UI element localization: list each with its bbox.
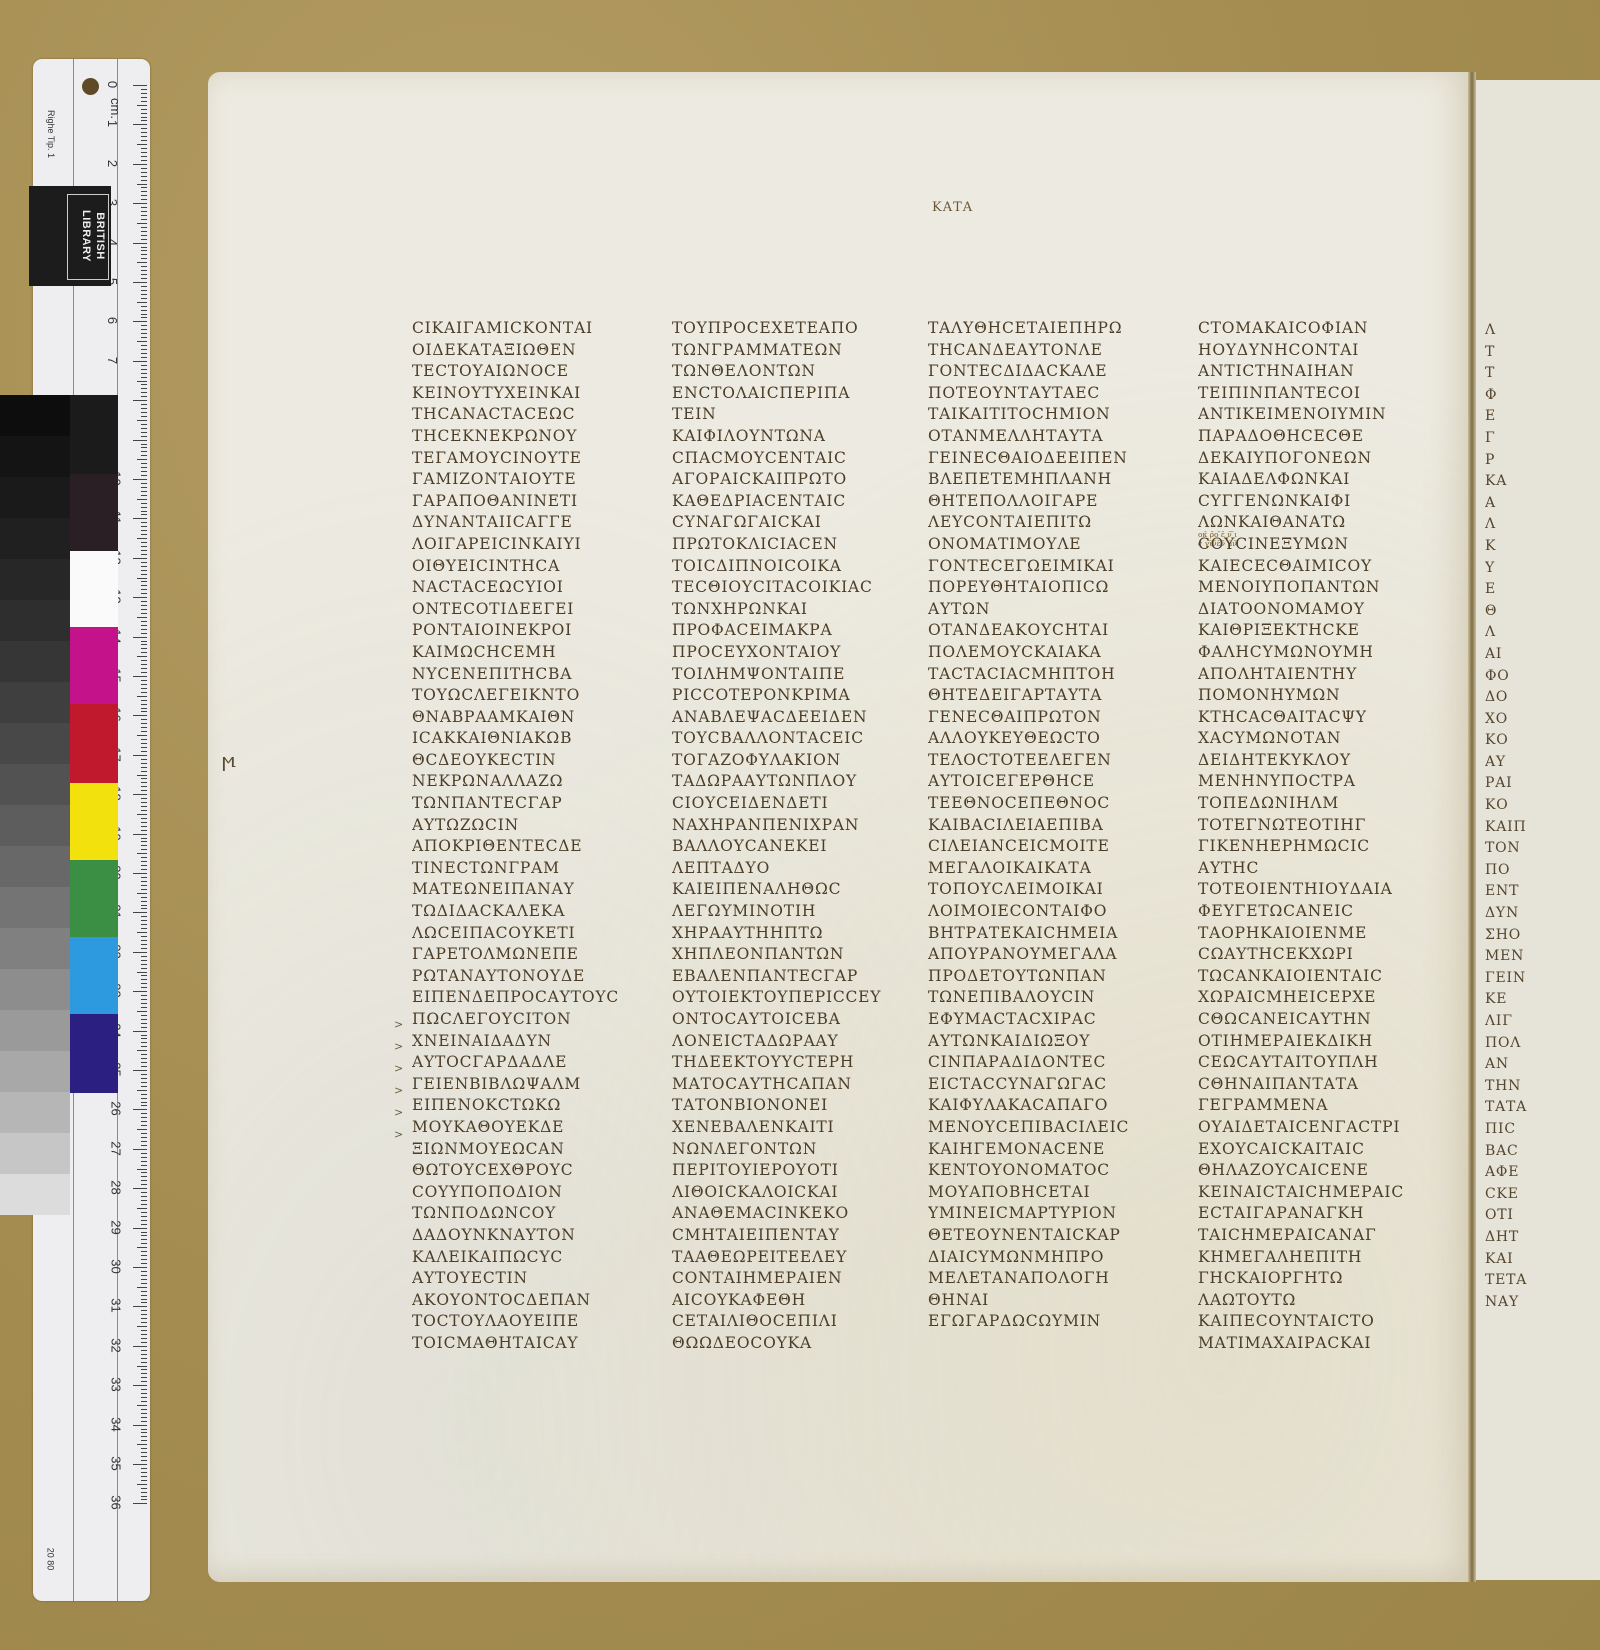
text-line: ΚΑΙΕΙΠΕΝΑΛΗΘΩϹ — [672, 879, 922, 901]
ruler-tick — [141, 109, 147, 110]
ruler-tick — [141, 771, 147, 772]
ruler-tick — [141, 1334, 147, 1335]
ruler-tick — [141, 507, 147, 508]
greyscale-step — [0, 559, 70, 600]
text-line: ΑΥΤΟΙϹΕΓΕΡΘΗϹΕ — [928, 771, 1178, 793]
text-line: ΗΟΥΔΥΝΗϹΟΝΤΑΙ — [1198, 340, 1448, 362]
ruler-tick — [141, 924, 147, 925]
ruler-tick — [141, 294, 147, 295]
ruler-tick — [137, 1287, 147, 1288]
text-line: ΧΩΡΑΙϹΜΗΕΙϹΕΡΧΕ — [1198, 987, 1448, 1009]
text-fragment: ΠΟΛ — [1485, 1033, 1595, 1055]
ruler-tick — [141, 140, 147, 141]
ruler-tick — [141, 668, 147, 669]
ruler-tick — [141, 491, 147, 492]
ruler-tick — [137, 578, 147, 579]
ruler-tick — [133, 124, 147, 125]
text-line: ΤΩΝΠΑΝΤΕϹΓΑΡ — [412, 793, 662, 815]
text-line: ΓΟΝΤΕϹΔΙΔΑϹΚΑΛΕ — [928, 361, 1178, 383]
ruler-tick — [141, 239, 147, 240]
ruler-tick — [141, 798, 147, 799]
text-line: ΒΛΕΠΕΤΕΜΗΠΛΑΝΗ — [928, 469, 1178, 491]
text-fragment: ΕΝΤ — [1485, 881, 1595, 903]
ruler-tick — [133, 440, 147, 441]
diple-mark: > — [394, 1084, 403, 1097]
ruler-tick — [141, 471, 147, 472]
ruler-tick — [141, 845, 147, 846]
ruler-tick — [141, 1322, 147, 1323]
ruler-tick — [141, 128, 147, 129]
ruler-tick — [133, 400, 147, 401]
text-line: ΕΓΩΓΑΡΔΩϹΩΥΜΙΝ — [928, 1311, 1178, 1333]
greyscale-chart — [0, 395, 70, 1215]
text-line: ΑΠΟΛΗΤΑΙΕΝΤΗΥ — [1198, 664, 1448, 686]
text-fragment: ΓΕΙΝ — [1485, 968, 1595, 990]
text-line: ϹΤΟΜΑΚΑΙϹΟΦΙΑΝ — [1198, 318, 1448, 340]
ruler-tick — [133, 952, 147, 953]
ruler-tick — [141, 136, 147, 137]
ruler-tick — [133, 637, 147, 638]
text-line: ΦΑΛΗϹΥΜΩΝΟΥΜΗ — [1198, 642, 1448, 664]
text-line: ΜΑΤΟϹΑΥΤΗϹΑΠΑΝ — [672, 1074, 922, 1096]
ruler-tick — [141, 353, 147, 354]
text-line: ϹΥΝΑΓΩΓΑΙϹΚΑΙ — [672, 512, 922, 534]
ruler-cm-label: 35 — [109, 1456, 124, 1470]
ruler-cm-label: 32 — [109, 1338, 124, 1352]
text-fragment: ΚΑΙΠ — [1485, 817, 1595, 839]
ruler-tick — [141, 751, 147, 752]
text-line: ΛΙΘΟΙϹΚΑΛΟΙϹΚΑΙ — [672, 1182, 922, 1204]
text-fragment: ΚΕ — [1485, 989, 1595, 1011]
ruler-tick — [133, 1503, 147, 1504]
ruler-tick — [141, 1472, 147, 1473]
ruler-tick — [141, 1302, 147, 1303]
text-fragment: Τ — [1485, 363, 1595, 385]
text-line: ΛΟΝΕΙϹΤΑΔΩΡΑΑΥ — [672, 1031, 922, 1053]
text-line: ΜΟΥΑΠΟΒΗϹΕΤΑΙ — [928, 1182, 1178, 1204]
ruler-tick — [141, 704, 147, 705]
ruler-tick — [141, 1042, 147, 1043]
text-line: ΔΕΙΔΗΤΕΚΥΚΛΟΥ — [1198, 750, 1448, 772]
ruler-tick — [141, 172, 147, 173]
ruler-tick — [141, 1295, 147, 1296]
ruler-tick — [141, 329, 147, 330]
ruler-tick — [141, 633, 147, 634]
ruler-tick — [141, 1389, 147, 1390]
ruler-tick — [141, 1125, 147, 1126]
ruler-tick — [141, 503, 147, 504]
ruler-tick — [141, 1062, 147, 1063]
ruler-tick — [141, 514, 147, 515]
ruler-tick — [141, 920, 147, 921]
greyscale-step — [0, 969, 70, 1010]
ruler-tick — [141, 278, 147, 279]
ruler-tick — [141, 550, 147, 551]
ruler-tick — [141, 1354, 147, 1355]
ruler-tick — [141, 325, 147, 326]
ruler-tick — [141, 1369, 147, 1370]
ruler-cm-label: 33 — [109, 1377, 124, 1391]
text-line: ΤΕϹΤΟΥΑΙΩΝΟϹΕ — [412, 361, 662, 383]
ruler-tick — [141, 763, 147, 764]
ruler-tick — [137, 1169, 147, 1170]
ruler-tick — [137, 105, 147, 106]
text-line: ΤΑΛΥΘΗϹΕΤΑΙΕΠΗΡΩ — [928, 318, 1178, 340]
text-line: ΝΕΚΡΩΝΑΛΛΑΖΩ — [412, 771, 662, 793]
text-line: ΚΑΙΑΔΕΛΦΩΝΚΑΙ — [1198, 469, 1448, 491]
text-line: ΑΙϹΟΥΚΑΦΕΘΗ — [672, 1290, 922, 1312]
text-line: ΤΩΔΙΔΑϹΚΑΛΕΚΑ — [412, 901, 662, 923]
binding-gutter — [1468, 72, 1476, 1582]
ruler-tick — [141, 1397, 147, 1398]
ruler-tick — [141, 680, 147, 681]
ruler-tick — [141, 975, 147, 976]
text-line: ΤΟΥϹΒΑΛΛΟΝΤΑϹΕΙϹ — [672, 728, 922, 750]
text-fragment: Ε — [1485, 406, 1595, 428]
text-line: ΤΑΤΟΝΒΙΟΝΟΝΕΙ — [672, 1095, 922, 1117]
text-line: ΚΕΝΤΟΥΟΝΟΜΑΤΟϹ — [928, 1160, 1178, 1182]
text-line: ΘΗΝΑΙ — [928, 1290, 1178, 1312]
ruler-tick — [137, 144, 147, 145]
text-fragment: Ρ — [1485, 450, 1595, 472]
ruler-cm-label: 31 — [109, 1299, 124, 1313]
text-line: ΧΗΡΑΑΥΤΗΗΠΤΩ — [672, 923, 922, 945]
text-line: ΓΕΓΡΑΜΜΕΝΑ — [1198, 1095, 1448, 1117]
text-line: ΑΝΑΒΛΕΨΑϹΔΕΕΙΔΕΝ — [672, 707, 922, 729]
text-line: ΓΑΜΙΖΟΝΤΑΙΟΥΤΕ — [412, 469, 662, 491]
ruler-tick — [141, 432, 147, 433]
ruler-tick — [141, 1409, 147, 1410]
text-line: ΛΑΩΤΟΥΤΩ — [1198, 1290, 1448, 1312]
text-line: ΔΑΔΟΥΝΚΝΑΥΤΟΝ — [412, 1225, 662, 1247]
ruler-cm-label: 7 — [105, 357, 120, 364]
text-line: ΚΕΙΝΑΙϹΤΑΙϹΗΜΕΡΑΙϹ — [1198, 1182, 1448, 1204]
ruler-tick — [141, 1342, 147, 1343]
ruler-cm-label: 34 — [109, 1417, 124, 1431]
ruler-tick — [141, 345, 147, 346]
ruler-tick — [141, 542, 147, 543]
greyscale-step — [0, 1133, 70, 1174]
ruler-tick — [137, 262, 147, 263]
ruler-tick — [141, 1027, 147, 1028]
text-fragment: ΑΙ — [1485, 644, 1595, 666]
ruler-tick — [141, 168, 147, 169]
text-line: ΑΥΤΩΝ — [928, 599, 1178, 621]
ruler-cm-label: 6 — [105, 317, 120, 324]
ruler-tick — [141, 270, 147, 271]
ruler-tick — [137, 893, 147, 894]
ruler-tick — [141, 641, 147, 642]
greyscale-step — [0, 600, 70, 641]
ruler-tick — [141, 574, 147, 575]
text-line: ϹΟΝΤΑΙΗΜΕΡΑΙΕΝ — [672, 1268, 922, 1290]
ruler-tick — [141, 1204, 147, 1205]
ruler-tick — [141, 526, 147, 527]
ruler-tick — [141, 593, 147, 594]
ruler-tick — [141, 1468, 147, 1469]
text-line: ΚΑΙΦΥΛΑΚΑϹΑΠΑΓΟ — [928, 1095, 1178, 1117]
ruler-tick — [141, 215, 147, 216]
ruler-tick — [137, 341, 147, 342]
text-line: ΤΑΔΩΡΑΑΥΤΩΝΠΛΟΥ — [672, 771, 922, 793]
text-fragment: ΚΑΙ — [1485, 1249, 1595, 1271]
ruler-tick — [141, 566, 147, 567]
ruler-tick — [141, 1035, 147, 1036]
ruler-tick — [137, 1247, 147, 1248]
ruler-tick — [141, 365, 147, 366]
text-line: ΛΟΙΓΑΡΕΙϹΙΝΚΑΙΥΙ — [412, 534, 662, 556]
color-patch-red — [70, 704, 118, 783]
ruler-tick — [141, 247, 147, 248]
text-fragment: ΚΟ — [1485, 795, 1595, 817]
text-line: ΤΑΑΘΕΩΡΕΙΤΕΕΛΕΥ — [672, 1247, 922, 1269]
text-line: ΑΠΟΚΡΙΘΕΝΤΕϹΔΕ — [412, 836, 662, 858]
text-line: ΡΟΝΤΑΙΟΙΝΕΚΡΟΙ — [412, 620, 662, 642]
ruler-tick — [141, 1141, 147, 1142]
ruler-tick — [141, 156, 147, 157]
text-fragment: ΝΑΥ — [1485, 1292, 1595, 1314]
text-fragment: ΔΗΤ — [1485, 1227, 1595, 1249]
text-line: ΓΙΚΕΝΗΕΡΗΜΩϹΙϹ — [1198, 836, 1448, 858]
ruler-tick — [141, 1476, 147, 1477]
text-line: ΟΥΑΙΔΕΤΑΙϹΕΝΓΑϹΤΡΙ — [1198, 1117, 1448, 1139]
ruler-tick — [133, 676, 147, 677]
ruler-tick — [141, 956, 147, 957]
text-line: ΕΝϹΤΟΛΑΙϹΠΕΡΙΠΑ — [672, 383, 922, 405]
ruler-tick — [141, 1082, 147, 1083]
text-line: ΝΑϹΤΑϹΕΩϹΥΙΟΙ — [412, 577, 662, 599]
text-fragment: ΟΤΙ — [1485, 1205, 1595, 1227]
text-line: ΚΑΙΒΑϹΙΛΕΙΑΕΠΙΒΑ — [928, 815, 1178, 837]
ruler-tick — [141, 89, 147, 90]
ruler-tick — [133, 518, 147, 519]
ruler-tick — [133, 85, 147, 86]
text-line: ΤΟΙΛΗΜΨΟΝΤΑΙΠΕ — [672, 664, 922, 686]
ruler-tick — [141, 905, 147, 906]
text-line: ΕΙΠΕΝΟΚϹΤΩΚΩ — [412, 1095, 662, 1117]
ruler-tick — [141, 692, 147, 693]
text-line: ΜΕΓΑΛΟΙΚΑΙΚΑΤΑ — [928, 858, 1178, 880]
ruler-tick — [141, 1086, 147, 1087]
ruler-tick — [141, 120, 147, 121]
ruler-tick — [141, 1460, 147, 1461]
text-line: ΕϹΤΑΙΓΑΡΑΝΑΓΚΗ — [1198, 1203, 1448, 1225]
text-line: ΘΗΤΕΠΟΛΛΟΙΓΑΡΕ — [928, 491, 1178, 513]
text-line: ΛΩΝΚΑΙΘΑΝΑΤΩ — [1198, 512, 1448, 534]
ruler-tick — [137, 853, 147, 854]
ruler-tick — [133, 991, 147, 992]
ruler-tick — [133, 1070, 147, 1071]
text-line: ΤΟΥΠΡΟϹΕΧΕΤΕΑΠΟ — [672, 318, 922, 340]
ruler-tick — [133, 361, 147, 362]
text-line: ΤΩΝΠΟΔΩΝϹΟΥ — [412, 1203, 662, 1225]
text-line: ΧΕΝΕΒΑΛΕΝΚΑΙΤΙ — [672, 1117, 922, 1139]
text-fragment: Α — [1485, 493, 1595, 515]
ruler-tick — [141, 660, 147, 661]
text-line: ΘϹΔΕΟΥΚΕϹΤΙΝ — [412, 750, 662, 772]
ruler-tick — [141, 1074, 147, 1075]
ruler-tick — [141, 979, 147, 980]
greyscale-step — [0, 723, 70, 764]
greyscale-step — [0, 641, 70, 682]
ruler-tick — [141, 908, 147, 909]
ruler-tick — [133, 1425, 147, 1426]
ruler-tick — [141, 467, 147, 468]
ruler-tick — [141, 1299, 147, 1300]
ruler-tick — [141, 995, 147, 996]
text-line: ΝΥϹΕΝΕΠΙΤΗϹΒΑ — [412, 664, 662, 686]
ruler-tick — [133, 794, 147, 795]
text-fragment: ΠΙϹ — [1485, 1119, 1595, 1141]
ruler-tick — [141, 1153, 147, 1154]
text-line: ΜΕΛΕΤΑΝΑΠΟΛΟΓΗ — [928, 1268, 1178, 1290]
badge-text: BRITISH LIBRARY — [67, 194, 107, 278]
ruler-tick — [141, 1350, 147, 1351]
ruler-tick — [141, 711, 147, 712]
text-fragment: Ε — [1485, 579, 1595, 601]
ruler-tick — [141, 219, 147, 220]
greyscale-step — [0, 395, 70, 436]
text-fragment: ΜΕΝ — [1485, 946, 1595, 968]
ruler-tick — [137, 1405, 147, 1406]
text-fragment: ΧΟ — [1485, 709, 1595, 731]
text-line: ΟΥΤΟΙΕΚΤΟΥΠΕΡΙϹϹΕΥ — [672, 987, 922, 1009]
text-fragment: ΤΑΤΑ — [1485, 1097, 1595, 1119]
ruler-tick — [141, 861, 147, 862]
ruler-tick — [141, 101, 147, 102]
ruler-tick — [141, 180, 147, 181]
diple-mark: > — [394, 1018, 403, 1031]
ruler-tick — [141, 317, 147, 318]
text-line: ΡΩΤΑΝΑΥΤΟΝΟΥΔΕ — [412, 966, 662, 988]
text-line: ΚΤΗϹΑϹΘΑΙΤΑϹΨΥ — [1198, 707, 1448, 729]
text-line: ΔΥΝΑΝΤΑΙΙϹΑΓΓΕ — [412, 512, 662, 534]
ruler-tick — [141, 1448, 147, 1449]
ruler-tick — [141, 1393, 147, 1394]
ruler-tick — [141, 916, 147, 917]
ruler-tick — [141, 822, 147, 823]
ruler-tick — [141, 1271, 147, 1272]
text-line: ΧΗΠΛΕΟΝΠΑΝΤΩΝ — [672, 944, 922, 966]
ruler-tick — [141, 739, 147, 740]
ruler-tick — [141, 1224, 147, 1225]
text-line: ΕΙΠΕΝΔΕΠΡΟϹΑΥΤΟΥϹ — [412, 987, 662, 1009]
greyscale-step — [0, 436, 70, 477]
text-line: ΓΕΙΝΕϹΘΑΙΟΔΕΕΙΠΕΝ — [928, 448, 1178, 470]
ruler-tick — [141, 589, 147, 590]
text-fragment: ΣΗΟ — [1485, 925, 1595, 947]
ruler-tick — [141, 968, 147, 969]
greyscale-step — [0, 1092, 70, 1133]
ruler-tick — [141, 857, 147, 858]
ruler-tick — [141, 1251, 147, 1252]
ruler-tick — [141, 1243, 147, 1244]
text-line: ϹΘΩϹΑΝΕΙϹΑΥΤΗΝ — [1198, 1009, 1448, 1031]
text-line: ΜΕΝΟΙΥΠΟΠΑΝΤΩΝ — [1198, 577, 1448, 599]
ruler-tick — [141, 392, 147, 393]
ruler-tick — [137, 656, 147, 657]
text-line: ΚΑΙΗΓΕΜΟΝΑϹΕΝΕ — [928, 1139, 1178, 1161]
ruler-tick — [141, 1417, 147, 1418]
text-fragment: ΔΥΝ — [1485, 903, 1595, 925]
text-line: ΚΑΙΕϹΕϹΘΑΙΜΙϹΟΥ — [1198, 556, 1448, 578]
ruler-tick — [141, 881, 147, 882]
ruler-tick — [141, 802, 147, 803]
text-line: ΒΗΤΡΑΤΕΚΑΙϹΗΜΕΙΑ — [928, 923, 1178, 945]
text-line: ΑΝΑΘΕΜΑϹΙΝΚΕΚΟ — [672, 1203, 922, 1225]
text-line: ΚΑΘΕΔΡΙΑϹΕΝΤΑΙϹ — [672, 491, 922, 513]
ruler-tick — [133, 243, 147, 244]
ruler-tick — [141, 928, 147, 929]
text-fragment: ΡΑΙ — [1485, 773, 1595, 795]
diple-mark: > — [394, 1128, 403, 1141]
ruler-tick — [141, 940, 147, 941]
ruler-tick — [141, 1054, 147, 1055]
text-line: ΔΙΑΙϹΥΜΩΝΜΗΠΡΟ — [928, 1247, 1178, 1269]
text-line: ΒΑΛΛΟΥϹΑΝΕΚΕΙ — [672, 836, 922, 858]
ruler-cm-label: 2 — [105, 160, 120, 167]
ruler-cm-label: 28 — [109, 1180, 124, 1194]
text-line: ΜΕΝΟΥϹΕΠΙΒΑϹΙΛΕΙϹ — [928, 1117, 1178, 1139]
ruler-tick — [141, 964, 147, 965]
text-line: ϹΥΓΓΕΝΩΝΚΑΙΦΙ — [1198, 491, 1448, 513]
ruler-tick — [137, 184, 147, 185]
ruler-tick — [137, 1326, 147, 1327]
ruler-tick — [137, 420, 147, 421]
text-line: ΤΗϹΕΚΝΕΚΡΩΝΟΥ — [412, 426, 662, 448]
ruler-tick — [141, 652, 147, 653]
text-line: ΓΕΝΕϹΘΑΙΠΡΩΤΟΝ — [928, 707, 1178, 729]
ruler-tick — [137, 302, 147, 303]
ruler-tick — [141, 1098, 147, 1099]
text-line: ΤΕΛΟϹΤΟΤΕΕΛΕΓΕΝ — [928, 750, 1178, 772]
ruler-tick — [137, 735, 147, 736]
text-line: ΤΟΙϹΔΙΠΝΟΙϹΟΙΚΑ — [672, 556, 922, 578]
text-line: ΟΤΑΝΜΕΛΛΗΤΑΥΤΑ — [928, 426, 1178, 448]
ruler-tick — [141, 191, 147, 192]
text-line: ΛΕΥϹΟΝΤΑΙΕΠΙΤΩ — [928, 512, 1178, 534]
ruler-tick — [141, 838, 147, 839]
ruler-tick — [141, 187, 147, 188]
diple-mark: > — [394, 1040, 403, 1053]
diple-mark: > — [394, 1106, 403, 1119]
ruler-tick — [141, 644, 147, 645]
text-line: ΤΟΠΟΥϹΛΕΙΜΟΙΚΑΙ — [928, 879, 1178, 901]
text-fragment: Λ — [1485, 514, 1595, 536]
text-fragment: Λ — [1485, 622, 1595, 644]
ruler-tick — [133, 1385, 147, 1386]
text-line: ΤΕϹΘΙΟΥϹΙΤΑϹΟΙΚΙΑϹ — [672, 577, 922, 599]
ruler-tick — [141, 830, 147, 831]
ruler-tick — [141, 373, 147, 374]
ruler-tick — [141, 97, 147, 98]
diple-mark: > — [394, 1062, 403, 1075]
greyscale-step — [0, 805, 70, 846]
ruler-tick — [141, 1440, 147, 1441]
ruler-cm-label: 0 — [105, 81, 120, 88]
ruler-tick — [141, 1216, 147, 1217]
ruler-tick — [141, 987, 147, 988]
ruler-tick — [141, 1377, 147, 1378]
text-line: ΝΩΝΛΕΓΟΝΤΩΝ — [672, 1139, 922, 1161]
text-line: ΤΑΙϹΗΜΕΡΑΙϹΑΝΑΓ — [1198, 1225, 1448, 1247]
ruler-tick — [141, 1381, 147, 1382]
ruler-tick — [141, 132, 147, 133]
ruler-tick — [141, 250, 147, 251]
color-patch-white — [70, 551, 118, 628]
ruler-tick — [141, 944, 147, 945]
ruler-tick — [141, 522, 147, 523]
